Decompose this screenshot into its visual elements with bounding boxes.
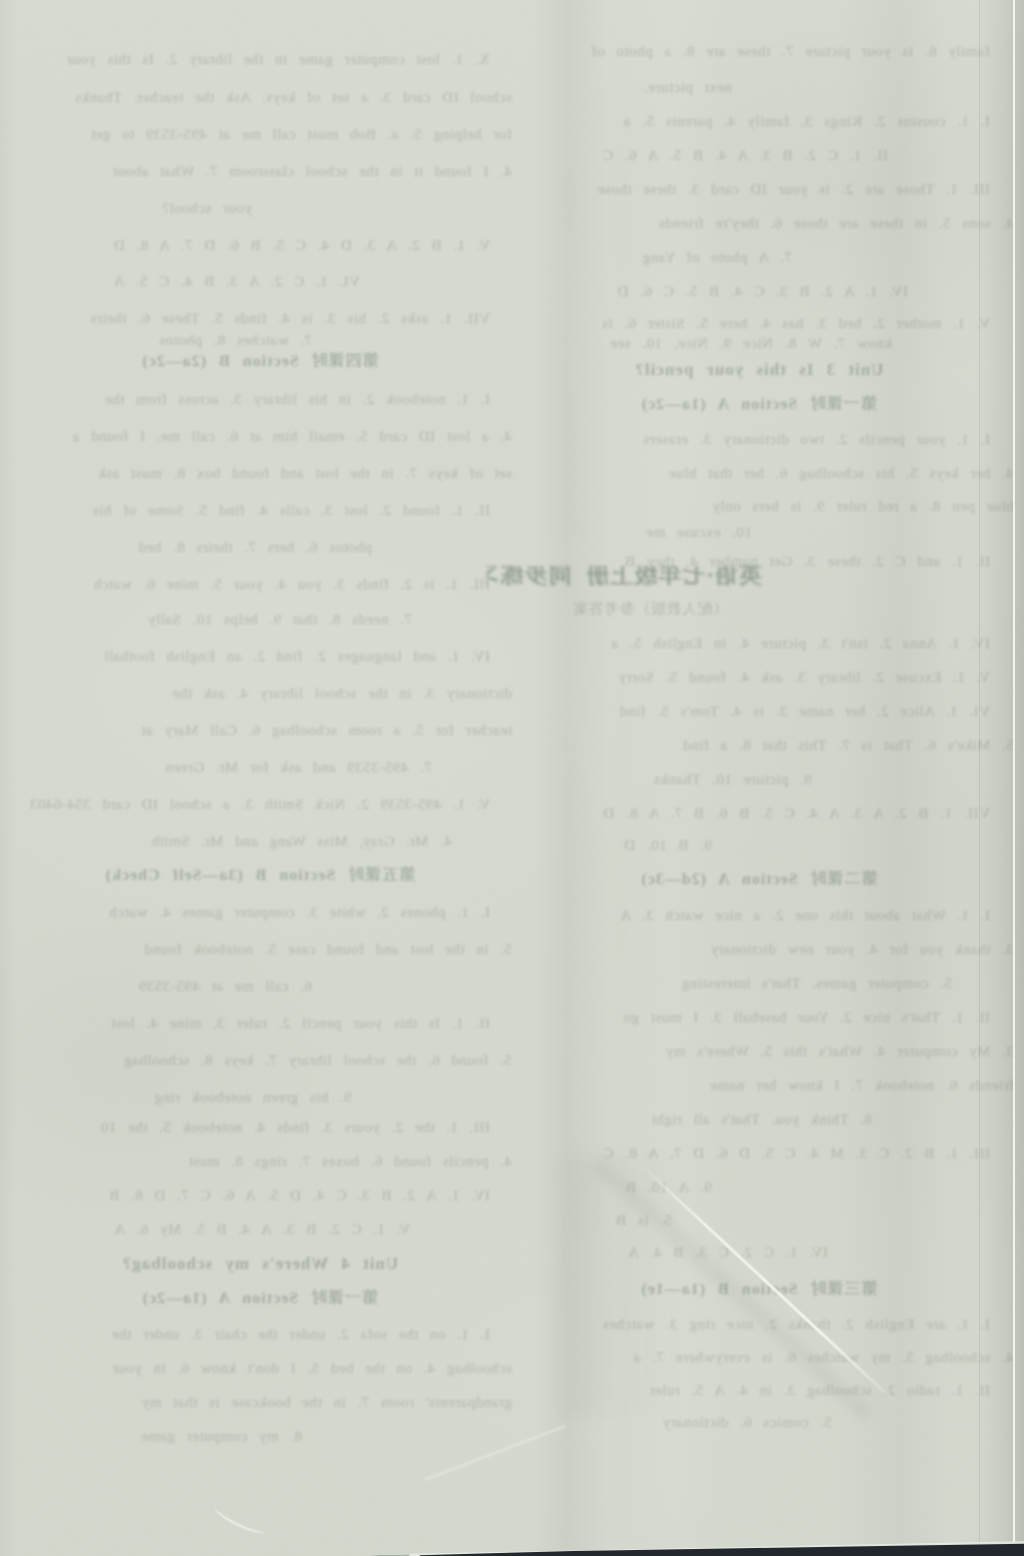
bleed-text-line: 4. her keys 5. his schoolbag 6. her that… xyxy=(552,464,1014,484)
bleed-text-line: X. 1. lost computer game in the library … xyxy=(30,50,490,70)
bleed-text-line: VII. 1. asks 2. his 3. is 4. finds 5. Th… xyxy=(30,309,490,329)
bleed-text-line: 3. My computer 4. What's this 5. Where's… xyxy=(552,1042,1014,1062)
bleed-text-line: 7. watches 8. photos xyxy=(52,331,312,351)
bleed-text-line: V. 1. 495-3539 2. Nick Smith 3. a school… xyxy=(30,795,490,815)
bleed-text-line: teacher for 5. a room schoolbag 6. Call … xyxy=(52,721,512,741)
bleed-text-line: III. 1. the 2. yours 3. finds 4. noteboo… xyxy=(30,1118,490,1138)
bleed-text-line: 5. computer games. That's interesting xyxy=(552,974,952,994)
bleed-text-line: I. 1. notebook 2. in his library 3. acro… xyxy=(30,390,490,410)
bleed-text-line: for helping 5. a. Bob must call me at 49… xyxy=(52,125,512,145)
bleed-text-line: II. 1. found 2. lost 3. calls 4. find 5.… xyxy=(30,501,490,521)
bleed-text-line: IV. 1. A 2. B 3. C 4. B 5. C 6. D xyxy=(528,282,908,302)
bleed-text-line: 5. Mike's 6. That is 7. This that 8. a f… xyxy=(552,736,1014,756)
bleed-text-line: 8. my computer game xyxy=(52,1427,302,1447)
small-crease-arc xyxy=(212,1500,268,1537)
bleed-text-line: VI. 1. C 2. A 3. B 4. C 5. A xyxy=(30,272,360,292)
bleed-text-line: next picture. xyxy=(552,78,732,98)
bleed-heading-line: 第一课时 Section A (1a—2c) xyxy=(528,395,990,415)
bleed-text-line: 3. thank you for 4. your new dictionary xyxy=(552,940,1014,960)
bleed-text-line: 7. needs 8. that 9. helps 10. Sally xyxy=(52,610,412,630)
scanned-page: X. 1. lost computer game in the library … xyxy=(0,0,1024,1556)
bleed-text-line: dictionary 3. in the school library 4. a… xyxy=(52,684,512,704)
bleed-text-line: V. 1. B 2. A 3. D 4. C 5. B 6. D 7. A 8.… xyxy=(30,236,490,256)
bleed-text-line: V. 1. mother 2. bed 3. has 4. here 5. Si… xyxy=(528,314,990,334)
bleed-text-line: II. 1. That's nice 2. Your baseball 3. I… xyxy=(528,1008,990,1028)
bleed-text-line: blue pen 8. a red ruler 9. is hers only xyxy=(552,497,1014,517)
bleed-text-line: family 6. is your picture 7. these are 8… xyxy=(528,42,990,62)
bleed-text-line: 7. A photo of Yang xyxy=(552,248,792,268)
bleed-text-line: 10. excuse me xyxy=(552,523,752,543)
bleed-heading-line: Unit 3 Is this your pencil? xyxy=(528,360,990,380)
bleed-column-left: X. 1. lost computer game in the library … xyxy=(30,0,490,1556)
bleed-text-line: IV. 1. Anna 2. isn't 3. picture 4. in En… xyxy=(528,634,990,654)
right-edge-faint-line xyxy=(979,0,980,1556)
bleed-text-line: 8. Think you. That's all right xyxy=(552,1110,872,1130)
bleed-text-line: I. 1. phones 2. white 3. computer games … xyxy=(30,903,490,923)
bleed-heading-line: Unit 4 Where's my schoolbag? xyxy=(30,1254,490,1274)
bleed-text-line: VI. 1. Alice 2. her name 3. is 4. Tom's … xyxy=(528,702,990,722)
bleed-text-line: IV. 1. A 2. B 3. C 4. D 5. A 6. C 7. D 8… xyxy=(30,1186,490,1206)
bleed-text-line: your school? xyxy=(52,199,252,219)
bleed-text-line: I. 1. What about this one 2. a nice watc… xyxy=(528,906,990,926)
bleed-text-line: know 7. W 8. Nice 9. Nice, 10. see xyxy=(552,334,892,354)
bleed-text-line: 9. B 10. D xyxy=(552,836,712,856)
right-edge-shadow xyxy=(978,0,1024,1556)
bleed-text-line: IV. 1. and languages 2. find 2. an Engli… xyxy=(30,647,490,667)
bleed-text-line: 4. pencils found 6. boxes 7. rings 8. mu… xyxy=(52,1152,512,1172)
bleed-text-line: 4. a lost ID card 5. email him at 6. cal… xyxy=(52,427,512,447)
bleed-text-line: 5. comics 6. dictionary xyxy=(552,1413,832,1433)
bleed-text-line: VII. 1. B 2. A 3. A 4. C 5. B 6. B 7. A … xyxy=(528,804,990,824)
bottom-edge-dark-strip xyxy=(0,1538,1024,1556)
bleed-text-line: 4. I found it in the school classroom 7.… xyxy=(52,162,512,182)
bleed-text-line: friends 6. notebook 7. I know her name xyxy=(552,1076,1014,1096)
bleed-text-line: I. 1. your pencils 2. two dictionary 3. … xyxy=(528,430,990,450)
bleed-text-line: II. 1. C 2. B 3. A 4. B 5. A 6. C xyxy=(528,146,888,166)
bleed-text-line: III. 1. is 2. finds 3. you 4. your 5. mi… xyxy=(30,575,490,595)
bleed-text-line: I. 1. cousins 2. Kings 3. family 4. pare… xyxy=(528,112,990,132)
bleed-text-line: schoolbag 4. on the bed 5. I don't know … xyxy=(52,1359,512,1379)
bleed-text-line: 4. Mr. Gray, Miss Wang and Mr. Smith xyxy=(52,832,452,852)
bleed-heading-line: 第五课时 Section B (3a—Self Check) xyxy=(30,866,490,886)
bleed-text-line: 9. his green notebook ring xyxy=(52,1088,352,1108)
bleed-heading-line: 第一课时 Section A (1a—2c) xyxy=(30,1289,490,1309)
paper-grain-texture xyxy=(0,0,1024,1556)
bleed-text-line: II. 1. and C 2. these 3. Get number 4. t… xyxy=(528,552,990,572)
bleed-text-line: school ID card 3. a set of keys. Ask the… xyxy=(52,88,512,108)
bleed-text-line: V. 1. C 2. B 3. A 4. B 5. My 6. A xyxy=(30,1220,410,1240)
bleed-text-line: set of keys 7. in the lost and found box… xyxy=(52,464,512,484)
bleed-text-line: （配人教版）参考答案 xyxy=(538,600,728,620)
bleed-text-line: II. 1. Is this your pencil 2. ruler 3. m… xyxy=(30,1014,490,1034)
bleed-text-line: photos 6. hers 7. theirs 8. bed xyxy=(52,538,372,558)
right-vertical-shading xyxy=(838,0,948,1556)
bleed-text-line: 4. sons 5. in these are those 6. they're… xyxy=(552,214,1014,234)
bleed-heading-line: 第二课时 Section A (2d—3c) xyxy=(528,870,990,890)
bleed-text-line: 5. in the lost and found case 5. noteboo… xyxy=(52,940,512,960)
bleed-text-line: 7. 495-3539 and ask for Mr. Green xyxy=(52,758,432,778)
right-edge-highlight-line xyxy=(1013,0,1015,1556)
faint-crease-line xyxy=(425,1425,566,1481)
bleed-text-line: V. 1. Excuse 2. library 3. ask 4. found … xyxy=(528,668,990,688)
bleed-text-line: I. 1. on the sofa 2. under the chair 3. … xyxy=(30,1325,490,1345)
left-edge-shading xyxy=(0,0,16,1556)
bleed-text-line: 5. found 6. the school library 7. keys 8… xyxy=(52,1051,512,1071)
bleed-text-line: 6. call me at 495-3539 xyxy=(52,977,312,997)
bleed-heading-line: 第四课时 Section B (2a—2c) xyxy=(30,352,490,372)
bleed-text-line: grandparents' room 7. in the bookcase is… xyxy=(52,1393,512,1413)
bleed-text-line: III. 1. Those are 2. is your ID card 3. … xyxy=(528,180,990,200)
bleed-heading-line: 英语·七年级上册 同步练习册 xyxy=(486,566,762,586)
bleed-text-line: 9. picture 10. Thanks xyxy=(552,770,812,790)
